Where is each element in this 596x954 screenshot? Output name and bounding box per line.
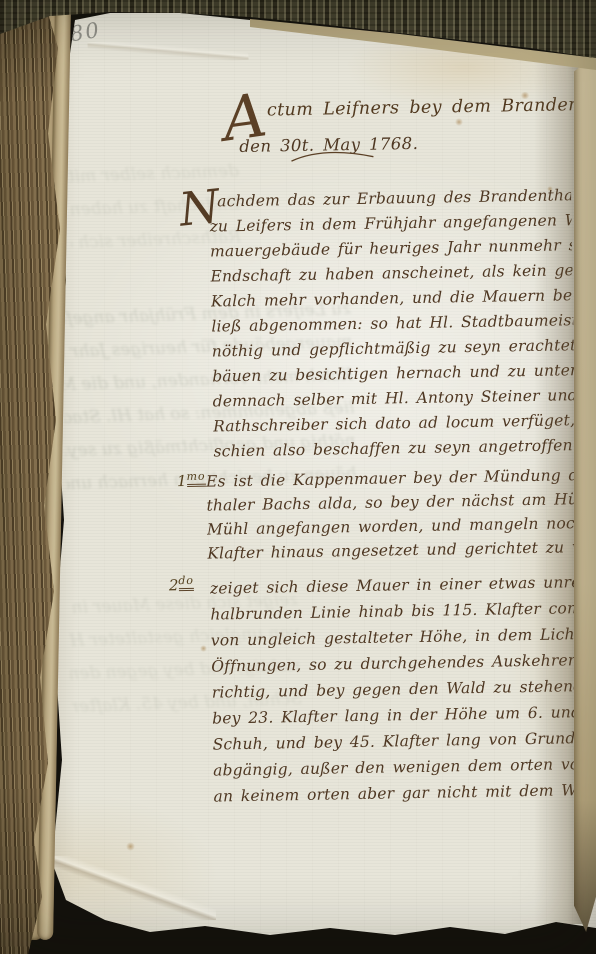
marker-number: 1 — [177, 472, 187, 490]
main-paragraph: N achdem das zur Erbauung des Brandentha… — [209, 183, 576, 464]
text-line: schien also beschaffen zu seyn angetroff… — [213, 433, 575, 464]
marker-number: 2 — [169, 576, 179, 594]
marker-suffix: do — [178, 574, 194, 591]
manuscript-page: demnach selber mit Hl. Antony Steiner un… — [0, 0, 596, 954]
book-fore-edge — [574, 54, 596, 932]
section-marker-secundo: 2do — [169, 574, 195, 594]
calligraphic-initial: A — [221, 100, 268, 136]
section-secundo: zeiget sich diese Mauer in einer etwas u… — [210, 569, 582, 809]
handwritten-text: Actum Leifners bey dem Brandenthaler Bac… — [0, 0, 596, 954]
text-line: an keinem orten aber gar nicht mit dem W… — [213, 777, 581, 809]
text-line: Klafter hinaus angesetzet und gerichtet … — [207, 535, 577, 565]
scanned-manuscript-photo: demnach selber mit Hl. Antony Steiner un… — [0, 0, 596, 954]
marker-suffix: mo — [186, 470, 205, 487]
section-marker-primo: 1mo — [177, 470, 206, 490]
section-primo: Es ist die Kappenmauer bey der Mündung d… — [206, 463, 578, 565]
calligraphic-initial: N — [177, 184, 222, 232]
